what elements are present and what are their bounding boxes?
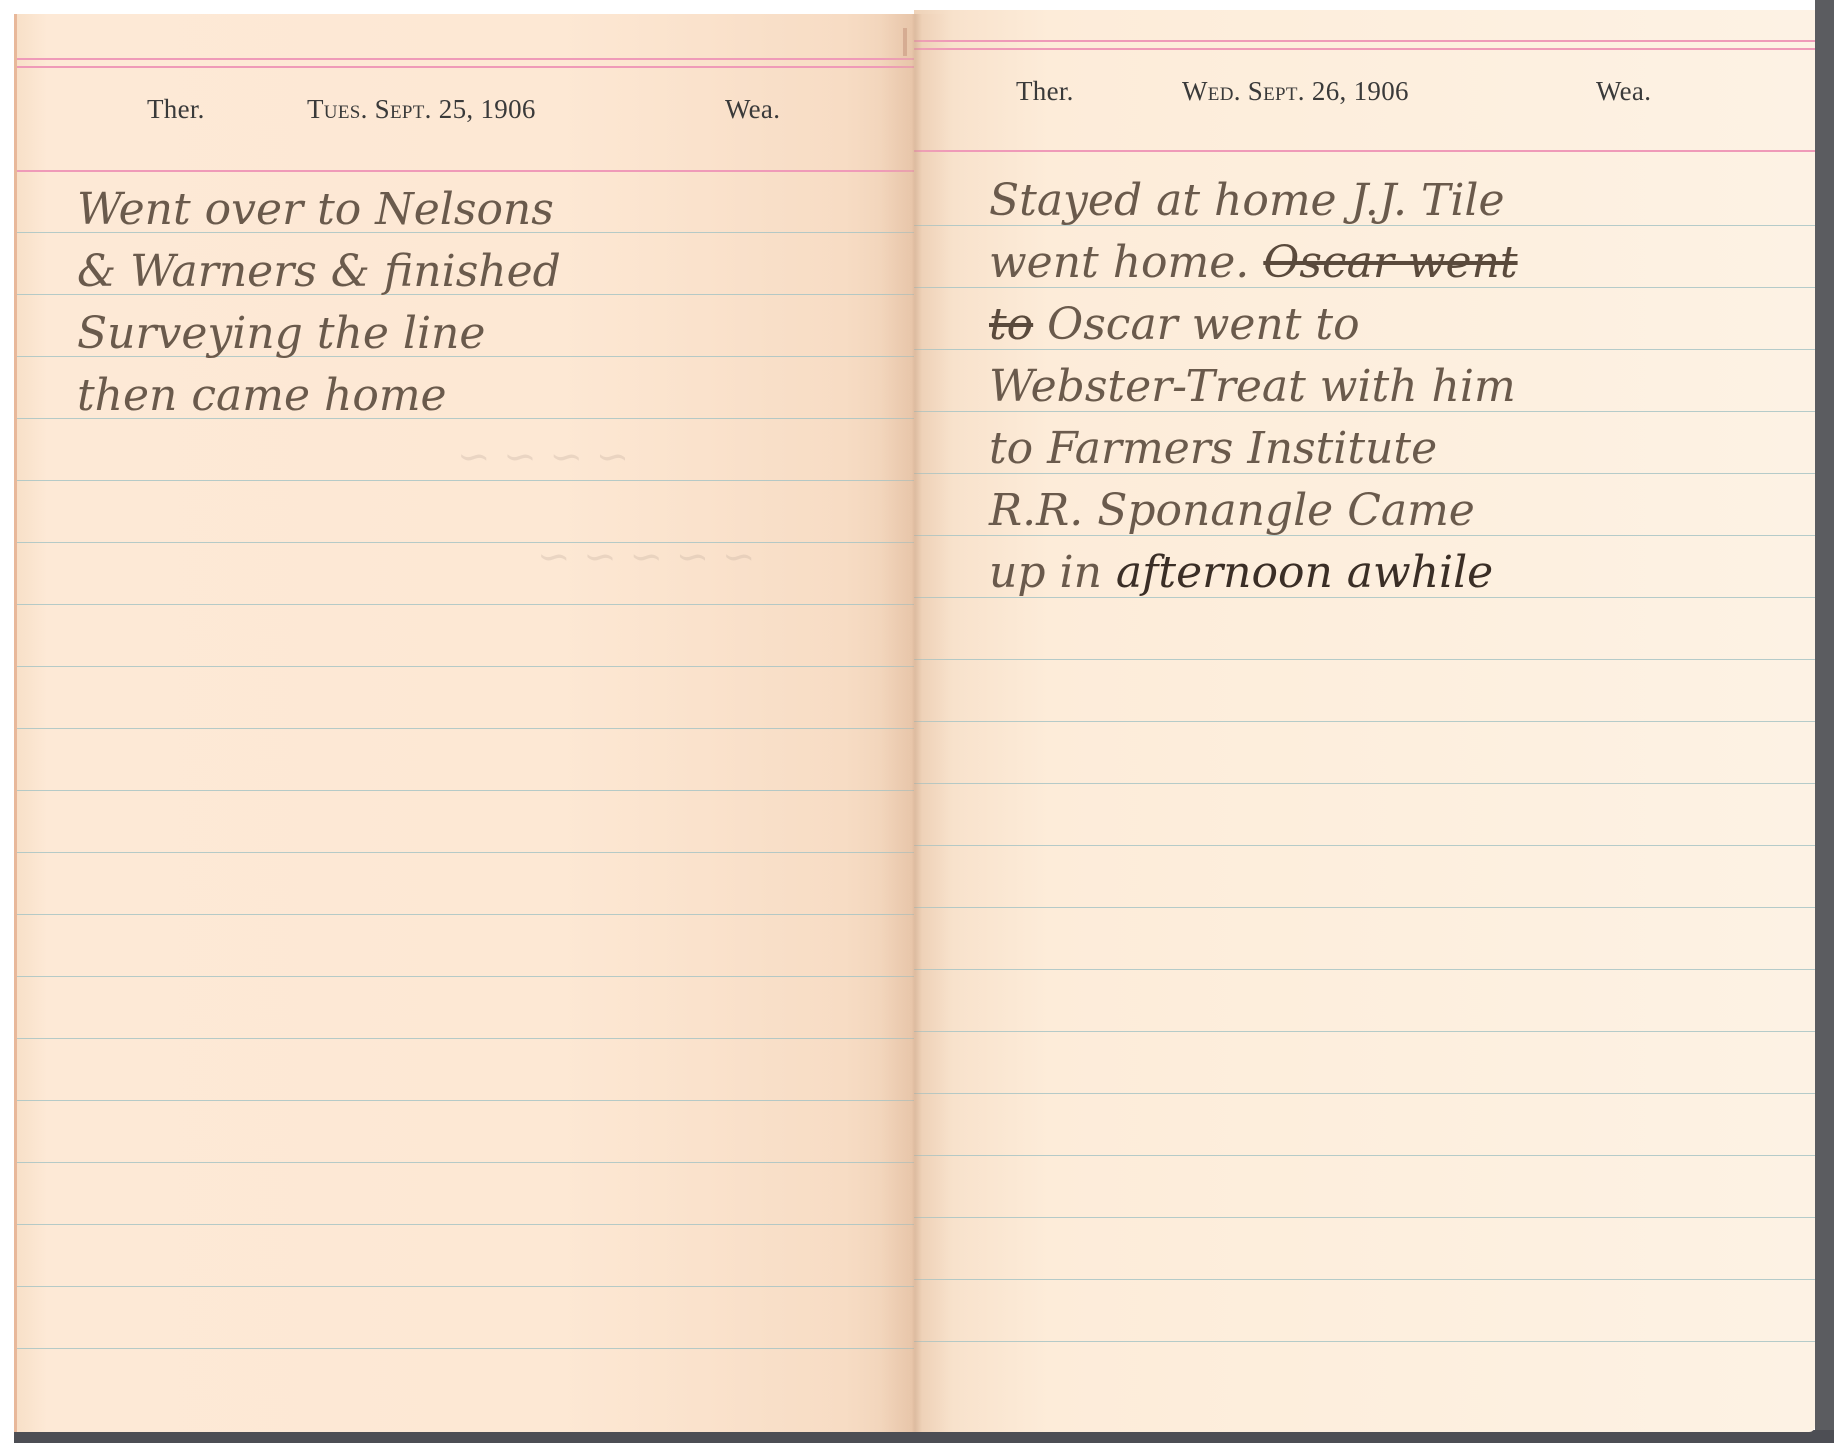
diary-entry-right: Stayed at home J.J. Tile went home. Osca…	[989, 170, 1785, 604]
entry-line: to Farmers Institute	[989, 418, 1785, 480]
ther-label: Ther.	[147, 94, 205, 125]
header-rule-bottom	[17, 170, 917, 172]
struck-through-text: to	[989, 299, 1033, 350]
header-rule-top-2	[914, 48, 1815, 50]
page-date: Tues. Sept. 25, 1906	[307, 94, 536, 125]
ruled-line	[17, 542, 917, 543]
ruled-line	[914, 721, 1815, 722]
entry-line: Stayed at home J.J. Tile	[989, 170, 1785, 232]
wea-label: Wea.	[1596, 76, 1651, 107]
binding-stitch	[903, 28, 907, 56]
entry-line: went home. Oscar went	[989, 232, 1785, 294]
ruled-line	[17, 1224, 917, 1225]
ruled-line	[17, 790, 917, 791]
entry-line: Webster-Treat with him	[989, 356, 1785, 418]
ruled-line	[914, 1093, 1815, 1094]
bleed-through-text: ~ ~ ~ ~	[457, 434, 629, 480]
entry-text: Oscar went to	[1033, 299, 1359, 350]
ther-label: Ther.	[1016, 76, 1074, 107]
ruled-line	[914, 1031, 1815, 1032]
ruled-line	[17, 1286, 917, 1287]
header-rule-bottom	[914, 150, 1815, 152]
page-date: Wed. Sept. 26, 1906	[1182, 76, 1409, 107]
entry-text: R.R. Sponangle Came	[989, 485, 1475, 536]
entry-text: up in	[989, 547, 1116, 598]
struck-through-text: Oscar went	[1263, 237, 1517, 288]
entry-line: up in afternoon awhile	[989, 542, 1785, 604]
right-page-header: Ther. Wed. Sept. 26, 1906 Wea.	[914, 76, 1815, 136]
ruled-line	[17, 604, 917, 605]
bleed-through-text: ~ ~ ~ ~ ~	[537, 534, 755, 580]
ruled-line	[17, 1038, 917, 1039]
entry-line: to Oscar went to	[989, 294, 1785, 356]
ruled-line	[914, 1279, 1815, 1280]
ruled-line	[914, 1341, 1815, 1342]
entry-line: & Warners & finished	[77, 241, 887, 303]
right-page: Ther. Wed. Sept. 26, 1906 Wea. Stayed at…	[914, 10, 1815, 1432]
ruled-line	[17, 728, 917, 729]
header-rule-top	[914, 40, 1815, 42]
header-rule-top	[17, 58, 917, 60]
ruled-line	[914, 969, 1815, 970]
entry-text: went home.	[989, 237, 1249, 288]
left-page: Ther. Tues. Sept. 25, 1906 Wea. ~ ~ ~ ~ …	[14, 14, 917, 1432]
ruled-line	[17, 1348, 917, 1349]
ruled-line	[17, 1100, 917, 1101]
left-page-header: Ther. Tues. Sept. 25, 1906 Wea.	[17, 94, 917, 154]
back-cover-edge-right	[1815, 0, 1834, 1443]
diary-entry-left: Went over to Nelsons & Warners & finishe…	[77, 179, 887, 427]
header-rule-top-2	[17, 66, 917, 68]
ruled-line	[914, 1155, 1815, 1156]
ruled-line	[914, 1217, 1815, 1218]
entry-line: Surveying the line	[77, 303, 887, 365]
ruled-line	[914, 659, 1815, 660]
ruled-line	[17, 666, 917, 667]
ruled-line	[914, 783, 1815, 784]
entry-text: Stayed at home J.J. Tile	[989, 175, 1505, 226]
ruled-line	[914, 907, 1815, 908]
entry-text: Webster-Treat with him	[989, 361, 1516, 412]
ruled-line	[17, 976, 917, 977]
wea-label: Wea.	[725, 94, 780, 125]
ruled-line	[914, 845, 1815, 846]
ruled-line	[17, 480, 917, 481]
ruled-line	[17, 852, 917, 853]
entry-line: then came home	[77, 365, 887, 427]
entry-line: Went over to Nelsons	[77, 179, 887, 241]
ruled-line	[17, 914, 917, 915]
entry-text-dark-ink: afternoon awhile	[1116, 547, 1493, 598]
entry-line: R.R. Sponangle Came	[989, 480, 1785, 542]
ruled-line	[17, 1162, 917, 1163]
entry-text: to Farmers Institute	[989, 423, 1437, 474]
